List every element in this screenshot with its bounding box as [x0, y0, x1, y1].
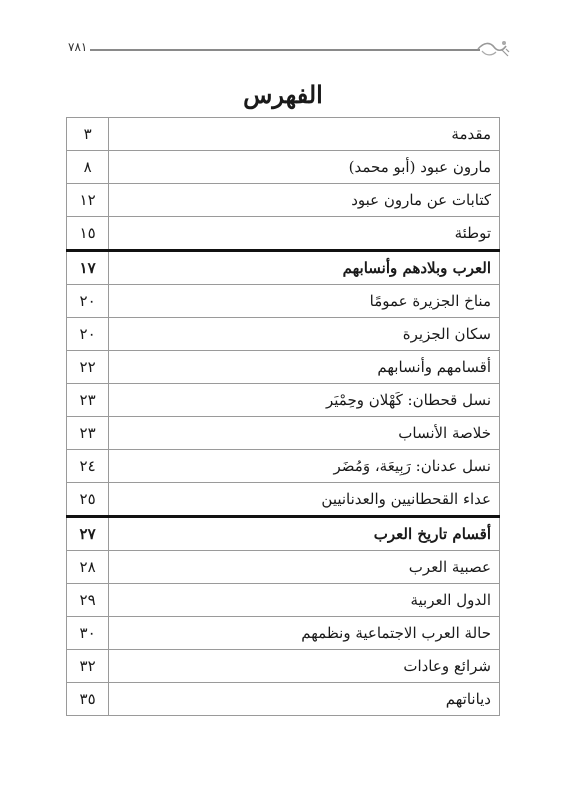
toc-entry-title: أقسامهم وأنسابهم [109, 351, 500, 384]
page-title: الفهرس [0, 80, 566, 109]
toc-page-number: ٢٩ [67, 584, 109, 617]
toc-row: خلاصة الأنساب٢٣ [67, 417, 500, 450]
toc-row: نسل عدنان: رَبِيعَة، وَمُضَر٢٤ [67, 450, 500, 483]
toc-row: سكان الجزيرة٢٠ [67, 318, 500, 351]
toc-page-number: ١٧ [67, 251, 109, 285]
toc-entry-title: العرب وبلادهم وأنسابهم [109, 251, 500, 285]
toc-page-number: ١٢ [67, 184, 109, 217]
toc-row: مارون عبود (أبو محمد)٨ [67, 151, 500, 184]
page-header: ٧٨١ [68, 38, 510, 58]
toc-row: حالة العرب الاجتماعية ونظمهم٣٠ [67, 617, 500, 650]
toc-page-number: ٢٧ [67, 517, 109, 551]
toc-entry-title: مقدمة [109, 118, 500, 151]
floral-ornament-icon [476, 38, 510, 60]
toc-row: العرب وبلادهم وأنسابهم١٧ [67, 251, 500, 285]
toc-row: أقسام تاريخ العرب٢٧ [67, 517, 500, 551]
toc-page-number: ٢٠ [67, 285, 109, 318]
toc-entry-title: توطئة [109, 217, 500, 251]
toc-page-number: ١٥ [67, 217, 109, 251]
toc-entry-title: مناخ الجزيرة عمومًا [109, 285, 500, 318]
toc-entry-title: أقسام تاريخ العرب [109, 517, 500, 551]
toc-row: الدول العربية٢٩ [67, 584, 500, 617]
toc-page-number: ٣٢ [67, 650, 109, 683]
toc-page-number: ٢٣ [67, 417, 109, 450]
toc-row: عداء القحطانيين والعدنانيين٢٥ [67, 483, 500, 517]
toc-page-number: ٢٣ [67, 384, 109, 417]
toc-entry-title: الدول العربية [109, 584, 500, 617]
toc-entry-title: عداء القحطانيين والعدنانيين [109, 483, 500, 517]
toc-entry-title: خلاصة الأنساب [109, 417, 500, 450]
toc-row: دياناتهم٣٥ [67, 683, 500, 716]
toc-row: أقسامهم وأنسابهم٢٢ [67, 351, 500, 384]
toc-page-number: ٣٥ [67, 683, 109, 716]
toc-entry-title: شرائع وعادات [109, 650, 500, 683]
toc-entry-title: سكان الجزيرة [109, 318, 500, 351]
toc-row: عصبية العرب٢٨ [67, 551, 500, 584]
toc-entry-title: نسل قحطان: كَهْلان وحِمْيَر [109, 384, 500, 417]
toc-page-number: ٣ [67, 118, 109, 151]
toc-entry-title: كتابات عن مارون عبود [109, 184, 500, 217]
toc-page-number: ٢٨ [67, 551, 109, 584]
toc-entry-title: حالة العرب الاجتماعية ونظمهم [109, 617, 500, 650]
toc-row: نسل قحطان: كَهْلان وحِمْيَر٢٣ [67, 384, 500, 417]
toc-row: مناخ الجزيرة عمومًا٢٠ [67, 285, 500, 318]
toc-page-number: ٨ [67, 151, 109, 184]
table-of-contents: مقدمة٣مارون عبود (أبو محمد)٨كتابات عن ما… [66, 117, 500, 716]
toc-row: مقدمة٣ [67, 118, 500, 151]
toc-entry-title: عصبية العرب [109, 551, 500, 584]
toc-entry-title: مارون عبود (أبو محمد) [109, 151, 500, 184]
toc-row: توطئة١٥ [67, 217, 500, 251]
header-rule [90, 49, 480, 51]
page-number: ٧٨١ [68, 40, 87, 54]
toc-page-number: ٢٢ [67, 351, 109, 384]
toc-page-number: ٣٠ [67, 617, 109, 650]
toc-entry-title: نسل عدنان: رَبِيعَة، وَمُضَر [109, 450, 500, 483]
toc-page-number: ٢٥ [67, 483, 109, 517]
toc-page-number: ٢٠ [67, 318, 109, 351]
toc-row: شرائع وعادات٣٢ [67, 650, 500, 683]
toc-row: كتابات عن مارون عبود١٢ [67, 184, 500, 217]
toc-entry-title: دياناتهم [109, 683, 500, 716]
toc-page-number: ٢٤ [67, 450, 109, 483]
